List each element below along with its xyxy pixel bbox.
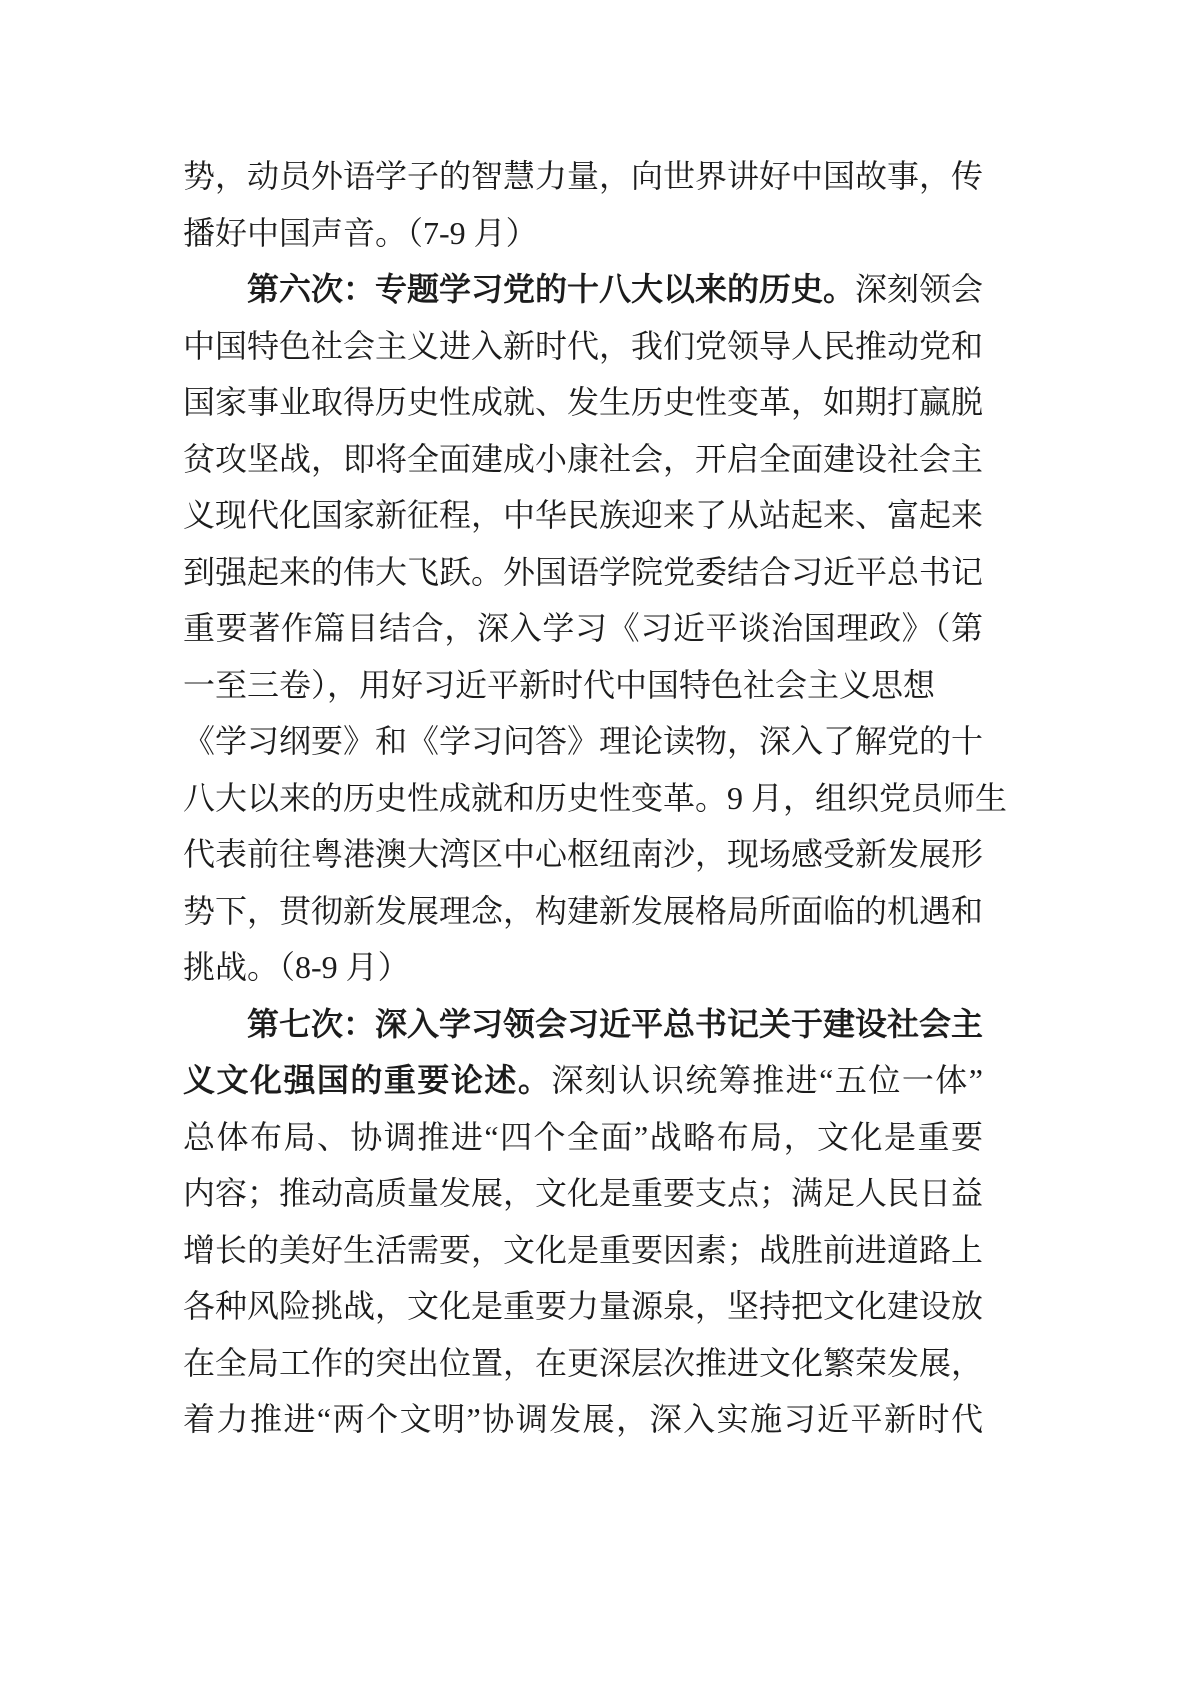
text-segment: 贫攻坚战，即将全面建成小康社会，开启全面建设社会主 — [183, 441, 983, 477]
text-line: 内容；推动高质量发展，文化是重要支点；满足人民日益 — [183, 1165, 983, 1222]
text-line: 国家事业取得历史性成就、发生历史性变革，如期打赢脱 — [183, 374, 983, 431]
text-line: 代表前往粤港澳大湾区中心枢纽南沙，现场感受新发展形 — [183, 826, 983, 883]
document-text: 势，动员外语学子的智慧力量，向世界讲好中国故事，传播好中国声音。（7-9 月）第… — [183, 148, 983, 1448]
text-line: 播好中国声音。（7-9 月） — [183, 205, 983, 262]
text-segment: 一至三卷），用好习近平新时代中国特色社会主义思想 — [183, 667, 935, 703]
text-line: 重要著作篇目结合，深入学习《习近平谈治国理政》（第 — [183, 600, 983, 657]
text-segment: 势，动员外语学子的智慧力量，向世界讲好中国故事，传 — [183, 158, 983, 194]
text-line: 增长的美好生活需要，文化是重要因素；战胜前进道路上 — [183, 1222, 983, 1279]
bold-text-segment: 义文化强国的重要论述。 — [183, 1062, 551, 1098]
text-segment: 义现代化国家新征程，中华民族迎来了从站起来、富起来 — [183, 497, 983, 533]
text-segment: 总体布局、协调推进“四个全面”战略布局，文化是重要 — [183, 1119, 983, 1155]
text-segment: 挑战。（8-9 月） — [183, 949, 410, 985]
text-line: 一至三卷），用好习近平新时代中国特色社会主义思想 — [183, 657, 983, 714]
text-segment: 深刻认识统筹推进“五位一体” — [551, 1062, 983, 1098]
text-line: 势下，贯彻新发展理念，构建新发展格局所面临的机遇和 — [183, 883, 983, 940]
text-line: 义现代化国家新征程，中华民族迎来了从站起来、富起来 — [183, 487, 983, 544]
text-segment: 重要著作篇目结合，深入学习《习近平谈治国理政》（第 — [183, 610, 983, 646]
text-segment: 国家事业取得历史性成就、发生历史性变革，如期打赢脱 — [183, 384, 983, 420]
text-line: 各种风险挑战，文化是重要力量源泉，坚持把文化建设放 — [183, 1278, 983, 1335]
text-line: 在全局工作的突出位置，在更深层次推进文化繁荣发展， — [183, 1335, 983, 1392]
text-segment: 八大以来的历史性成就和历史性变革。9 月，组织党员师生 — [183, 780, 1007, 816]
text-line: 义文化强国的重要论述。深刻认识统筹推进“五位一体” — [183, 1052, 983, 1109]
text-segment: 内容；推动高质量发展，文化是重要支点；满足人民日益 — [183, 1175, 983, 1211]
text-line: 势，动员外语学子的智慧力量，向世界讲好中国故事，传 — [183, 148, 983, 205]
text-line: 第六次：专题学习党的十八大以来的历史。深刻领会 — [183, 261, 983, 318]
text-line: 贫攻坚战，即将全面建成小康社会，开启全面建设社会主 — [183, 431, 983, 488]
text-segment: 播好中国声音。（7-9 月） — [183, 215, 538, 251]
text-segment: 势下，贯彻新发展理念，构建新发展格局所面临的机遇和 — [183, 893, 983, 929]
text-segment: 中国特色社会主义进入新时代，我们党领导人民推动党和 — [183, 328, 983, 364]
bold-text-segment: 第六次：专题学习党的十八大以来的历史。 — [247, 271, 855, 307]
text-segment: 深刻领会 — [855, 271, 983, 307]
text-segment: 增长的美好生活需要，文化是重要因素；战胜前进道路上 — [183, 1232, 983, 1268]
text-line: 挑战。（8-9 月） — [183, 939, 983, 996]
text-line: 八大以来的历史性成就和历史性变革。9 月，组织党员师生 — [183, 770, 983, 827]
text-segment: 着力推进“两个文明”协调发展，深入实施习近平新时代 — [183, 1401, 983, 1437]
text-line: 着力推进“两个文明”协调发展，深入实施习近平新时代 — [183, 1391, 983, 1448]
text-line: 到强起来的伟大飞跃。外国语学院党委结合习近平总书记 — [183, 544, 983, 601]
text-line: 《学习纲要》和《学习问答》理论读物，深入了解党的十 — [183, 713, 983, 770]
text-line: 总体布局、协调推进“四个全面”战略布局，文化是重要 — [183, 1109, 983, 1166]
text-segment: 各种风险挑战，文化是重要力量源泉，坚持把文化建设放 — [183, 1288, 983, 1324]
text-line: 中国特色社会主义进入新时代，我们党领导人民推动党和 — [183, 318, 983, 375]
text-segment: 《学习纲要》和《学习问答》理论读物，深入了解党的十 — [183, 723, 983, 759]
text-segment: 在全局工作的突出位置，在更深层次推进文化繁荣发展， — [183, 1345, 983, 1381]
text-segment: 代表前往粤港澳大湾区中心枢纽南沙，现场感受新发展形 — [183, 836, 983, 872]
text-segment: 到强起来的伟大飞跃。外国语学院党委结合习近平总书记 — [183, 554, 983, 590]
text-line: 第七次：深入学习领会习近平总书记关于建设社会主 — [183, 996, 983, 1053]
document-page: 势，动员外语学子的智慧力量，向世界讲好中国故事，传播好中国声音。（7-9 月）第… — [0, 0, 1200, 1697]
bold-text-segment: 第七次：深入学习领会习近平总书记关于建设社会主 — [247, 1006, 983, 1042]
